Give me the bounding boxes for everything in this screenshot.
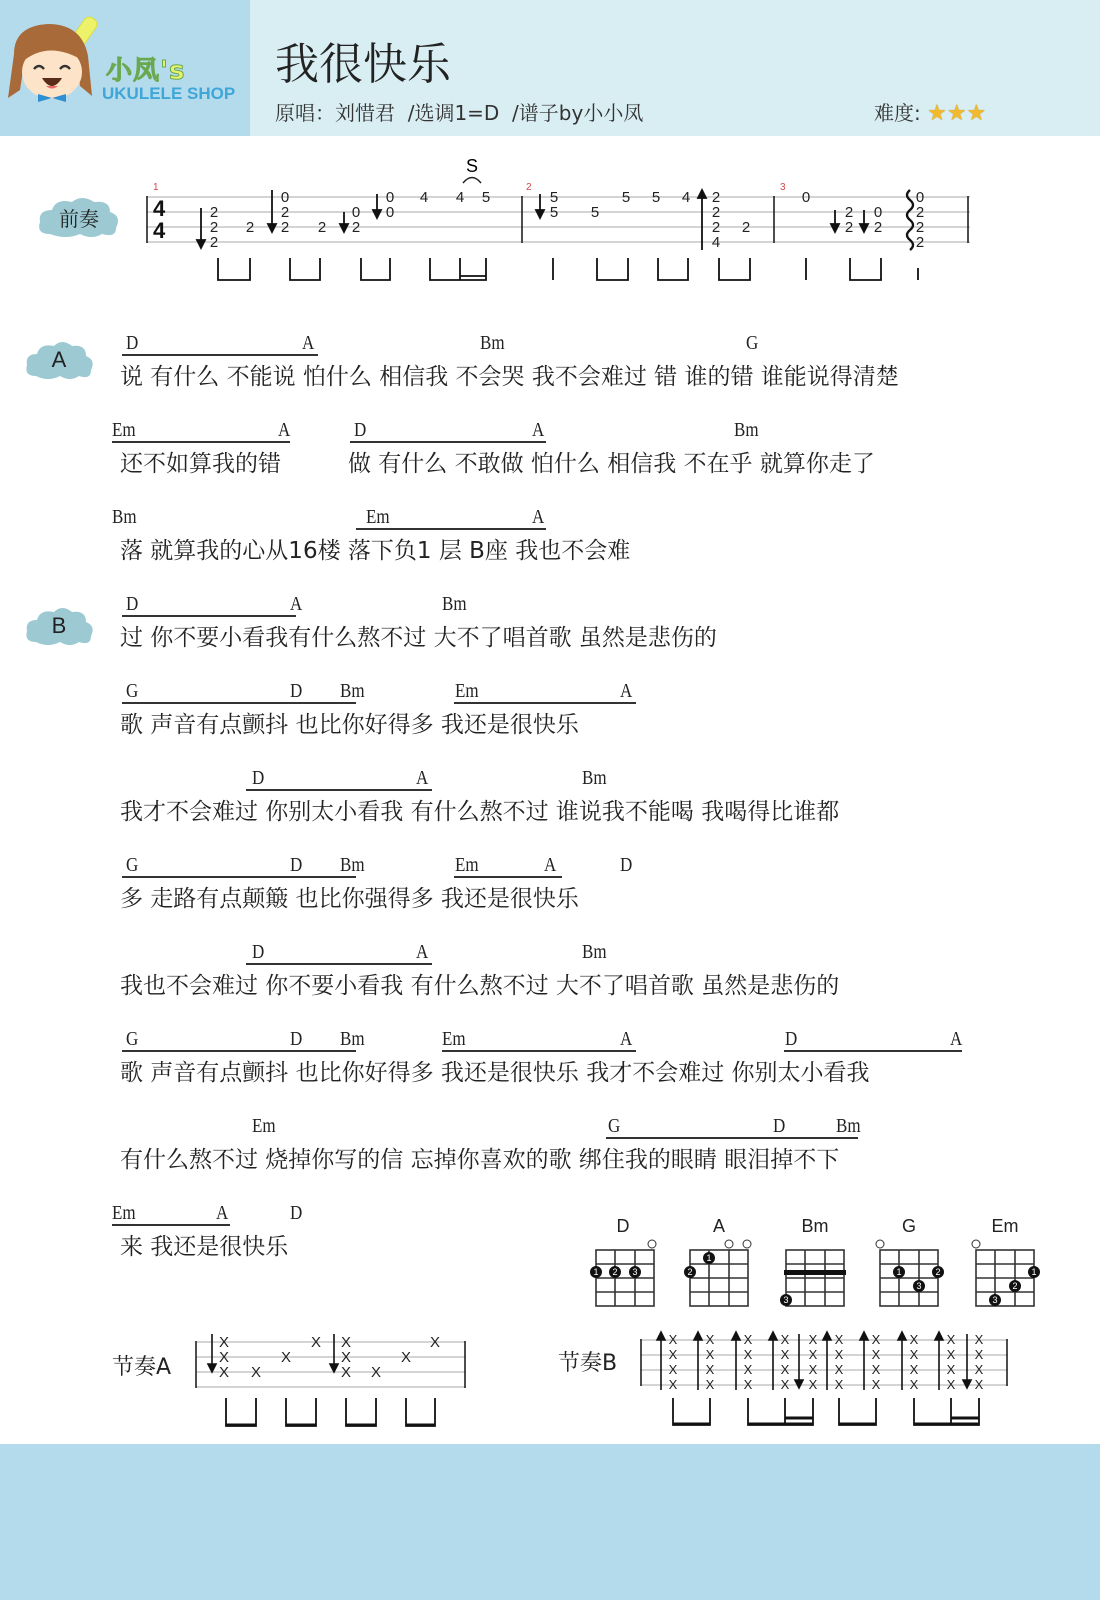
chord-span-line (122, 702, 356, 704)
svg-text:X: X (781, 1332, 790, 1347)
svg-text:X: X (835, 1347, 844, 1362)
chord-diagram-em: Em 123 (970, 1216, 1040, 1316)
svg-text:2: 2 (1012, 1281, 1017, 1291)
svg-text:2: 2 (935, 1267, 940, 1277)
svg-text:X: X (341, 1364, 351, 1381)
svg-text:5: 5 (482, 189, 490, 206)
chord-label: Em (442, 1028, 466, 1051)
chord-diagram-a: A 12 (684, 1216, 754, 1316)
svg-text:X: X (744, 1377, 753, 1392)
page-header: 小凤's UKULELE SHOP 我很快乐 原唱：刘惜君 /选调1=D /谱子… (0, 0, 1100, 136)
chord-label: D (126, 332, 138, 355)
svg-text:X: X (781, 1362, 790, 1377)
svg-text:X: X (872, 1362, 881, 1377)
lyric-text: 过 你不要小看我有什么熬不过 大不了唱首歌 虽然是悲伤的 (120, 619, 717, 652)
chord-label: Bm (340, 1028, 365, 1051)
logo-shop-tagline: UKULELE SHOP (102, 84, 235, 104)
lyric-line: Em A D A Bm 还不如算我的错 做 有什么 不敢做 怕什么 相信我 不在… (0, 417, 1100, 477)
svg-text:4: 4 (682, 189, 690, 206)
lyric-line: D A Bm 我才不会难过 你别太小看我 有什么熬不过 谁说我不能喝 我喝得比谁… (0, 765, 1100, 825)
chord-label: G (126, 680, 138, 703)
chord-span-line (122, 876, 356, 878)
lyric-text: 我才不会难过 你别太小看我 有什么熬不过 谁说我不能喝 我喝得比谁都 (120, 793, 839, 826)
chord-label: D (290, 1028, 302, 1051)
svg-text:X: X (975, 1362, 984, 1377)
chord-label: A (216, 1202, 228, 1225)
lyric-line: D A Bm 过 你不要小看我有什么熬不过 大不了唱首歌 虽然是悲伤的 (0, 591, 1100, 651)
svg-text:3: 3 (632, 1267, 637, 1277)
chord-span-line (122, 354, 318, 356)
svg-text:2: 2 (210, 234, 218, 251)
svg-text:X: X (947, 1332, 956, 1347)
logo-brand-name: 小凤's (106, 50, 185, 87)
chord-label: A (532, 419, 544, 442)
rhythm-b-pattern: XXXX XXXX XXXX XXXX XXXX XXXX XXXX XXXX … (636, 1328, 1012, 1433)
star-icon: ★★★ (927, 101, 986, 126)
svg-text:0: 0 (802, 189, 810, 206)
svg-text:X: X (706, 1332, 715, 1347)
lyric-line: Em G D Bm 有什么熬不过 烧掉你写的信 忘掉你喜欢的歌 绑住我的眼睛 眼… (0, 1113, 1100, 1173)
lyric-text: 落 就算我的心从16楼 落下负1 层 B座 我也不会难 (120, 532, 630, 565)
chord-label: D (773, 1115, 785, 1138)
chord-label: Em (366, 506, 390, 529)
svg-text:X: X (219, 1364, 229, 1381)
chord-span-line (112, 1224, 230, 1226)
svg-text:2: 2 (281, 219, 289, 236)
chord-label: D (785, 1028, 797, 1051)
shop-logo: 小凤's UKULELE SHOP (0, 0, 250, 136)
lyric-text: 来 我还是很快乐 (120, 1228, 288, 1261)
svg-text:X: X (947, 1347, 956, 1362)
lyric-text: 歌 声音有点颤抖 也比你好得多 我还是很快乐 (120, 706, 579, 739)
chord-label: G (126, 854, 138, 877)
chord-label: Bm (582, 941, 607, 964)
chord-label: Bm (480, 332, 505, 355)
chord-span-line (442, 1050, 636, 1052)
lyric-text: 多 走路有点颠簸 也比你强得多 我还是很快乐 (120, 880, 579, 913)
chord-label: D (290, 854, 302, 877)
chord-label: D (620, 854, 632, 877)
chord-label: A (416, 767, 428, 790)
chord-span-line (122, 1050, 356, 1052)
chord-label: Bm (734, 419, 759, 442)
chord-span-line (350, 441, 546, 443)
chord-span-line (784, 1050, 962, 1052)
chord-label: Em (455, 680, 479, 703)
svg-text:X: X (872, 1377, 881, 1392)
svg-text:X: X (835, 1377, 844, 1392)
chord-label: A (620, 680, 632, 703)
svg-text:X: X (744, 1362, 753, 1377)
svg-text:X: X (975, 1377, 984, 1392)
chord-label: Bm (340, 680, 365, 703)
svg-text:X: X (781, 1377, 790, 1392)
chord-label: Bm (582, 767, 607, 790)
rhythm-a-pattern: XXX X X X XXX X X X (190, 1330, 470, 1435)
chord-label: D (252, 941, 264, 964)
svg-text:X: X (744, 1347, 753, 1362)
chord-label: Em (112, 1202, 136, 1225)
chord-label: Bm (340, 854, 365, 877)
lyric-line: D A Bm 我也不会难过 你不要小看我 有什么熬不过 大不了唱首歌 虽然是悲伤… (0, 939, 1100, 999)
svg-text:X: X (910, 1332, 919, 1347)
chord-label: G (126, 1028, 138, 1051)
svg-text:5: 5 (652, 189, 660, 206)
page-footer-band (0, 1444, 1100, 1600)
rhythm-b-label: 节奏B (558, 1346, 617, 1377)
chord-span-line (454, 702, 636, 704)
lyric-line: G D Bm Em A D 多 走路有点颠簸 也比你强得多 我还是很快乐 (0, 852, 1100, 912)
rhythm-a-label: 节奏A (112, 1350, 171, 1381)
svg-text:1: 1 (153, 182, 159, 193)
svg-text:2: 2 (845, 219, 853, 236)
slide-marker: S (466, 156, 478, 176)
svg-text:X: X (910, 1362, 919, 1377)
svg-text:X: X (781, 1347, 790, 1362)
chord-label: A (620, 1028, 632, 1051)
lyric-text: 说 有什么 不能说 怕什么 相信我 不会哭 我不会难过 错 谁的错 谁能说得清楚 (120, 358, 899, 391)
svg-text:X: X (706, 1362, 715, 1377)
svg-text:X: X (835, 1362, 844, 1377)
chord-label: Em (455, 854, 479, 877)
chord-label: A (290, 593, 302, 616)
svg-text:4: 4 (712, 234, 720, 251)
chord-label: G (608, 1115, 620, 1138)
svg-text:5: 5 (622, 189, 630, 206)
chord-label: A (278, 419, 290, 442)
svg-text:5: 5 (591, 204, 599, 221)
difficulty-label: 难度: (874, 101, 921, 125)
svg-text:2: 2 (246, 219, 254, 236)
svg-text:2: 2 (612, 1267, 617, 1277)
svg-text:X: X (975, 1347, 984, 1362)
chord-diagram-g: G 123 (874, 1216, 944, 1316)
svg-text:X: X (669, 1377, 678, 1392)
svg-text:X: X (809, 1347, 818, 1362)
chord-label: A (532, 506, 544, 529)
chord-span-line (112, 441, 290, 443)
chord-diagram-d: D 123 (588, 1216, 658, 1316)
chord-label: D (290, 1202, 302, 1225)
svg-text:X: X (430, 1334, 440, 1351)
chord-label: D (290, 680, 302, 703)
svg-text:X: X (706, 1377, 715, 1392)
svg-text:X: X (947, 1377, 956, 1392)
svg-text:X: X (744, 1332, 753, 1347)
svg-text:X: X (311, 1334, 321, 1351)
chord-label: D (252, 767, 264, 790)
svg-text:0: 0 (386, 204, 394, 221)
lyric-text: 我也不会难过 你不要小看我 有什么熬不过 大不了唱首歌 虽然是悲伤的 (120, 967, 839, 1000)
intro-label: 前奏 (36, 194, 122, 240)
svg-text:4: 4 (456, 189, 464, 206)
svg-text:X: X (947, 1362, 956, 1377)
lyric-line: D A Bm G 说 有什么 不能说 怕什么 相信我 不会哭 我不会难过 错 谁… (0, 330, 1100, 390)
svg-text:3: 3 (783, 1295, 788, 1305)
svg-text:3: 3 (916, 1281, 921, 1291)
svg-text:X: X (872, 1332, 881, 1347)
difficulty-rating: 难度: ★★★ (874, 97, 986, 126)
lyric-text: 做 有什么 不敢做 怕什么 相信我 不在乎 就算你走了 (348, 445, 875, 478)
svg-text:2: 2 (526, 182, 532, 193)
chord-span-line (122, 615, 296, 617)
chord-span-line (606, 1137, 858, 1139)
svg-text:2: 2 (874, 219, 882, 236)
chord-diagram-bm: Bm 3 (780, 1216, 850, 1316)
svg-text:X: X (281, 1349, 291, 1366)
svg-text:X: X (371, 1364, 381, 1381)
chord-label: D (354, 419, 366, 442)
intro-badge: 前奏 (36, 194, 122, 240)
svg-text:2: 2 (742, 219, 750, 236)
lyric-text: 还不如算我的错 (120, 445, 281, 478)
svg-text:1: 1 (706, 1253, 711, 1263)
chord-span-line (454, 876, 562, 878)
chord-label: Bm (836, 1115, 861, 1138)
svg-text:4: 4 (420, 189, 428, 206)
chord-label: Em (252, 1115, 276, 1138)
chord-span-line (246, 789, 432, 791)
svg-text:5: 5 (550, 204, 558, 221)
girl-mascot-icon (8, 14, 100, 106)
chord-label: Bm (112, 506, 137, 529)
lyric-line: Bm Em A 落 就算我的心从16楼 落下负1 层 B座 我也不会难 (0, 504, 1100, 564)
svg-text:3: 3 (992, 1295, 997, 1305)
svg-text:2: 2 (352, 219, 360, 236)
svg-text:X: X (809, 1332, 818, 1347)
intro-tablature: 123 44 222 2 022 2 02 00 4 45 55 5 554 2… (140, 150, 980, 290)
song-title: 我很快乐 (275, 28, 451, 92)
chord-label: G (746, 332, 758, 355)
svg-text:X: X (669, 1347, 678, 1362)
lyric-line: G D Bm Em A D A 歌 声音有点颤抖 也比你好得多 我还是很快乐 我… (0, 1026, 1100, 1086)
lyric-line: G D Bm Em A 歌 声音有点颤抖 也比你好得多 我还是很快乐 (0, 678, 1100, 738)
svg-text:X: X (401, 1349, 411, 1366)
svg-text:4: 4 (153, 218, 166, 243)
chord-label: Bm (442, 593, 467, 616)
svg-text:1: 1 (896, 1267, 901, 1277)
lyric-text: 歌 声音有点颤抖 也比你好得多 我还是很快乐 我才不会难过 你别太小看我 (120, 1054, 870, 1087)
svg-text:X: X (809, 1362, 818, 1377)
chord-label: A (416, 941, 428, 964)
svg-text:X: X (669, 1362, 678, 1377)
svg-text:X: X (251, 1364, 261, 1381)
svg-text:3: 3 (780, 182, 786, 193)
chord-label: A (544, 854, 556, 877)
chord-label: Em (112, 419, 136, 442)
svg-text:X: X (910, 1347, 919, 1362)
svg-text:1: 1 (1031, 1267, 1036, 1277)
chord-label: A (302, 332, 314, 355)
svg-text:X: X (669, 1332, 678, 1347)
svg-text:X: X (706, 1347, 715, 1362)
svg-text:X: X (910, 1377, 919, 1392)
song-meta: 原唱：刘惜君 /选调1=D /谱子by小小凤 (275, 97, 643, 126)
svg-text:X: X (835, 1332, 844, 1347)
svg-text:X: X (975, 1332, 984, 1347)
svg-text:1: 1 (593, 1267, 598, 1277)
svg-text:2: 2 (318, 219, 326, 236)
svg-text:2: 2 (687, 1267, 692, 1277)
lyric-text: 有什么熬不过 烧掉你写的信 忘掉你喜欢的歌 绑住我的眼睛 眼泪掉不下 (120, 1141, 839, 1174)
svg-text:X: X (809, 1377, 818, 1392)
chord-span-line (356, 528, 546, 530)
chord-span-line (246, 963, 432, 965)
chord-label: D (126, 593, 138, 616)
svg-text:X: X (872, 1347, 881, 1362)
svg-text:2: 2 (916, 234, 924, 251)
chord-label: A (950, 1028, 962, 1051)
